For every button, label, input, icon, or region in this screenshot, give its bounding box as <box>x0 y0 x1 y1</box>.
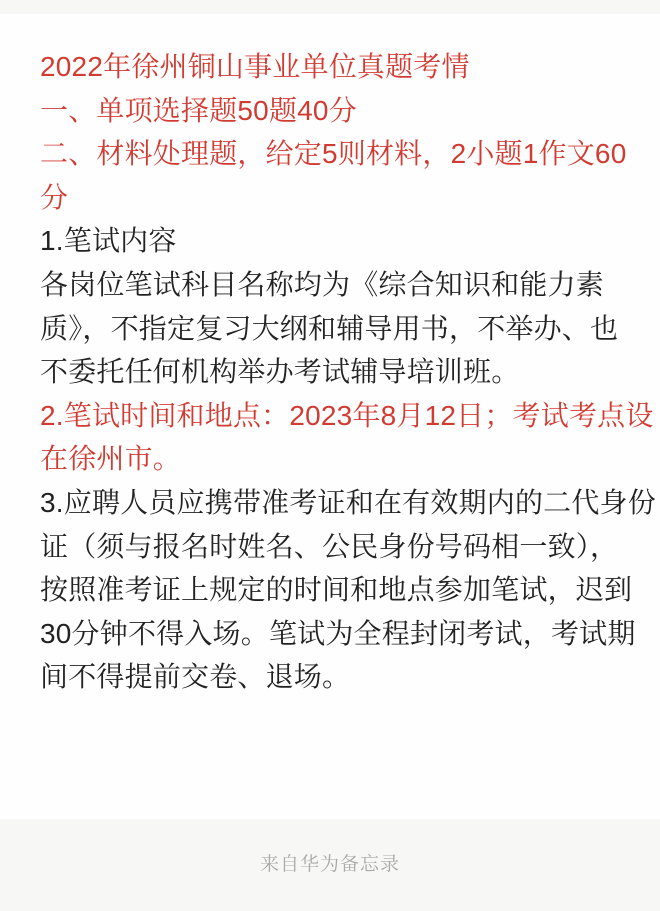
note-line: 证（须与报名时姓名、公民身份号码相一致）， <box>40 525 622 569</box>
note-line: 2022年徐州铜山事业单位真题考情 <box>40 45 622 89</box>
note-line: 间不得提前交卷、退场。 <box>40 655 622 699</box>
note-line: 2.笔试时间和地点：2023年8月12日；考试考点设 <box>40 394 622 438</box>
note-line: 各岗位笔试科目名称均为《综合知识和能力素 <box>40 263 622 307</box>
top-strip <box>0 0 660 14</box>
note-line: 在徐州市。 <box>40 437 622 481</box>
note-body: 2022年徐州铜山事业单位真题考情一、单项选择题50题40分二、材料处理题，给定… <box>40 45 622 699</box>
note-line: 分 <box>40 176 622 220</box>
note-line: 二、材料处理题，给定5则材料，2小题1作文60 <box>40 132 622 176</box>
footer-bar: 来自华为备忘录 <box>0 852 660 878</box>
note-line: 3.应聘人员应携带准考证和在有效期内的二代身份 <box>40 481 622 525</box>
note-card: 2022年徐州铜山事业单位真题考情一、单项选择题50题40分二、材料处理题，给定… <box>0 14 660 819</box>
note-line: 质》，不指定复习大纲和辅导用书，不举办、也 <box>40 307 622 351</box>
note-line: 一、单项选择题50题40分 <box>40 89 622 133</box>
note-line: 1.笔试内容 <box>40 219 622 263</box>
note-line: 30分钟不得入场。笔试为全程封闭考试，考试期 <box>40 612 622 656</box>
note-line: 按照准考证上规定的时间和地点参加笔试，迟到 <box>40 568 622 612</box>
note-line: 不委托任何机构举办考试辅导培训班。 <box>40 350 622 394</box>
source-attribution: 来自华为备忘录 <box>260 854 400 875</box>
